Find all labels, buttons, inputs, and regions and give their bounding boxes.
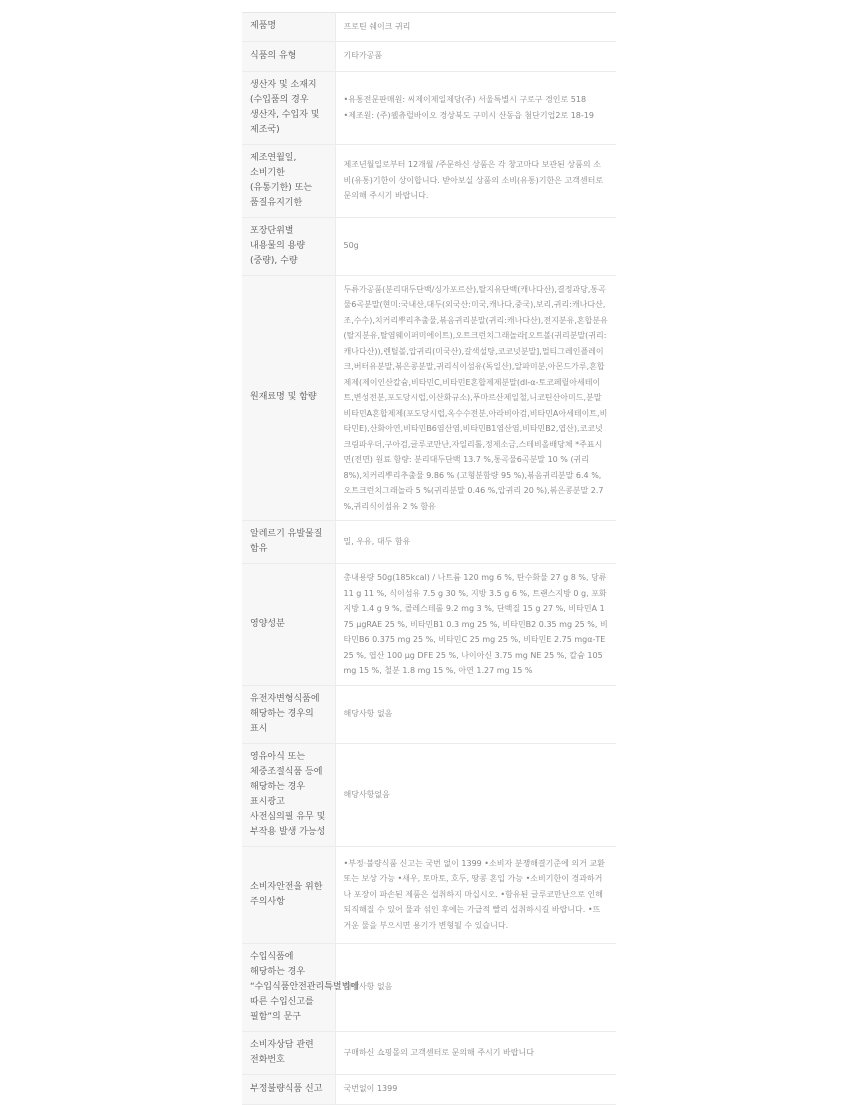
row-label: 수입식품에 해당하는 경우 “수입식품안전관리특별법에 따른 수입신고를 필함”… [242, 943, 335, 1031]
table-row-infant-diet-food: 영유아식 또는 체중조절식품 등에 해당하는 경우 표시광고 사전심의필 유무 … [242, 743, 616, 846]
row-value: 두류가공품(분리대두단백/싱가포르산),탈지유단백(캐나다산),결정과당,통곡물… [335, 275, 616, 521]
row-value: 제조년월일로부터 12개월 /주문하신 상품은 각 창고마다 보관된 상품의 소… [335, 144, 616, 217]
table-row-allergens: 알레르기 유발물질 함유 밀, 우유, 대두 함유 [242, 521, 616, 564]
manufacturer-line: •제조원: (주)웰츄럴바이오 경상북도 구미시 산동읍 첨단기업2로 18-1… [344, 108, 609, 124]
table-row-nutrition: 영양성분 총내용량 50g(185kcal) / 나트륨 120 mg 6 %,… [242, 564, 616, 686]
row-label: 포장단위별 내용물의 용량(중량), 수량 [242, 217, 335, 275]
row-label: 영유아식 또는 체중조절식품 등에 해당하는 경우 표시광고 사전심의필 유무 … [242, 743, 335, 846]
row-value: 총내용량 50g(185kcal) / 나트륨 120 mg 6 %, 탄수화물… [335, 564, 616, 686]
row-label: 제품명 [242, 13, 335, 42]
product-info-section: 제품명 프로틴 쉐이크 귀리 식품의 유형 기타가공품 생산자 및 소재지(수입… [242, 12, 616, 1035]
table-row-import-declaration: 수입식품에 해당하는 경우 “수입식품안전관리특별법에 따른 수입신고를 필함”… [242, 943, 616, 1031]
table-row-gmo: 유전자변형식품에 해당하는 경우의 표시 해당사항 없음 [242, 685, 616, 743]
table-row-food-type: 식품의 유형 기타가공품 [242, 41, 616, 71]
row-value: 50g [335, 217, 616, 275]
row-value: 해당사항없음 [335, 743, 616, 846]
row-value: 해당사항 없음 [335, 685, 616, 743]
row-value: •부정·불량식품 신고는 국번 없이 1399 •소비자 분쟁해결기준에 의거 … [335, 846, 616, 943]
row-label: 식품의 유형 [242, 41, 335, 71]
row-label: 유전자변형식품에 해당하는 경우의 표시 [242, 685, 335, 743]
row-label: 원재료명 및 함량 [242, 275, 335, 521]
row-value: 프로틴 쉐이크 귀리 [335, 13, 616, 42]
table-row-expiry: 제조연월일, 소비기한(유통기한) 또는 품질유지기한 제조년월일로부터 12개… [242, 144, 616, 217]
distributor-line: •유통전문판매원: 씨제이제일제당(주) 서울특별시 구로구 경인로 518 [344, 92, 609, 108]
table-row-producer: 생산자 및 소재지(수입품의 경우 생산자, 수입자 및 제조국) •유통전문판… [242, 71, 616, 144]
row-value: 밀, 우유, 대두 함유 [335, 521, 616, 564]
table-row-consumer-phone: 소비자상담 관련 전화번호 구매하신 쇼핑몰의 고객센터로 문의해 주시기 바랍… [242, 1031, 616, 1035]
row-label: 소비자안전을 위한 주의사항 [242, 846, 335, 943]
row-value: 해당사항 없음 [335, 943, 616, 1031]
row-value: •유통전문판매원: 씨제이제일제당(주) 서울특별시 구로구 경인로 518 •… [335, 71, 616, 144]
table-row-ingredients: 원재료명 및 함량 두류가공품(분리대두단백/싱가포르산),탈지유단백(캐나다산… [242, 275, 616, 521]
row-value: 구매하신 쇼핑몰의 고객센터로 문의해 주시기 바랍니다 [335, 1031, 616, 1035]
row-label: 알레르기 유발물질 함유 [242, 521, 335, 564]
product-info-table: 제품명 프로틴 쉐이크 귀리 식품의 유형 기타가공품 생산자 및 소재지(수입… [242, 12, 616, 1035]
row-value: 기타가공품 [335, 41, 616, 71]
row-label: 소비자상담 관련 전화번호 [242, 1031, 335, 1035]
table-row-product-name: 제품명 프로틴 쉐이크 귀리 [242, 13, 616, 42]
table-row-package-quantity: 포장단위별 내용물의 용량(중량), 수량 50g [242, 217, 616, 275]
row-label: 제조연월일, 소비기한(유통기한) 또는 품질유지기한 [242, 144, 335, 217]
row-label: 영양성분 [242, 564, 335, 686]
table-row-safety-cautions: 소비자안전을 위한 주의사항 •부정·불량식품 신고는 국번 없이 1399 •… [242, 846, 616, 943]
row-label: 생산자 및 소재지(수입품의 경우 생산자, 수입자 및 제조국) [242, 71, 335, 144]
